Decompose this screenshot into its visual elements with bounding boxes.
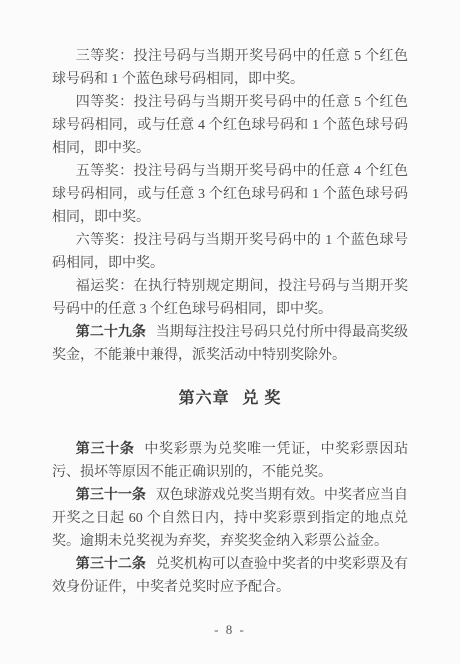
paragraph-text: 五等奖：投注号码与当期开奖号码中的任意 4 个红色球号码相同，或与任意 3 个红… xyxy=(52,164,408,225)
paragraph-article-31: 第三十一条双色球游戏兑奖当期有效。中奖者应当自开奖之日起 60 个自然日内，持中… xyxy=(52,484,408,553)
chapter-title: 兑 奖 xyxy=(242,390,281,407)
paragraph-article-32: 第三十二条兑奖机构可以查验中奖者的中奖彩票及有效身份证件，中奖者兑奖时应予配合。 xyxy=(52,553,408,599)
paragraph-article-30: 第三十条中奖彩票为兑奖唯一凭证，中奖彩票因玷污、损坏等原因不能正确识别的，不能兑… xyxy=(52,438,408,484)
chapter-number: 第六章 xyxy=(179,390,230,407)
paragraph-prize-tier-3: 三等奖：投注号码与当期开奖号码中的任意 5 个红色球号码和 1 个蓝色球号码相同… xyxy=(52,45,408,91)
paragraph-text: 四等奖：投注号码与当期开奖号码中的任意 5 个红色球号码相同，或与任意 4 个红… xyxy=(52,95,408,156)
chapter-heading: 第六章兑 奖 xyxy=(52,387,408,410)
paragraph-text: 三等奖：投注号码与当期开奖号码中的任意 5 个红色球号码和 1 个蓝色球号码相同… xyxy=(52,49,408,87)
page-number: - 8 - xyxy=(0,622,460,638)
paragraph-prize-tier-5: 五等奖：投注号码与当期开奖号码中的任意 4 个红色球号码相同，或与任意 3 个红… xyxy=(52,160,408,229)
document-body: 三等奖：投注号码与当期开奖号码中的任意 5 个红色球号码和 1 个蓝色球号码相同… xyxy=(52,45,408,599)
article-number: 第三十一条 xyxy=(76,488,146,503)
paragraph-prize-tier-4: 四等奖：投注号码与当期开奖号码中的任意 5 个红色球号码相同，或与任意 4 个红… xyxy=(52,91,408,160)
paragraph-text: 六等奖：投注号码与当期开奖号码中的 1 个蓝色球号码相同，即中奖。 xyxy=(52,233,408,271)
paragraph-article-29: 第二十九条当期每注投注号码只兑付所中得最高奖级奖金，不能兼中兼得，派奖活动中特别… xyxy=(52,321,408,367)
article-number: 第三十条 xyxy=(76,442,135,457)
document-page: 三等奖：投注号码与当期开奖号码中的任意 5 个红色球号码和 1 个蓝色球号码相同… xyxy=(0,0,460,664)
paragraph-prize-tier-6: 六等奖：投注号码与当期开奖号码中的 1 个蓝色球号码相同，即中奖。 xyxy=(52,229,408,275)
article-number: 第二十九条 xyxy=(76,325,146,340)
paragraph-lucky-prize: 福运奖：在执行特别规定期间，投注号码与当期开奖号码中的任意 3 个红色球号码相同… xyxy=(52,275,408,321)
article-number: 第三十二条 xyxy=(76,557,146,572)
paragraph-text: 福运奖：在执行特别规定期间，投注号码与当期开奖号码中的任意 3 个红色球号码相同… xyxy=(52,279,408,317)
